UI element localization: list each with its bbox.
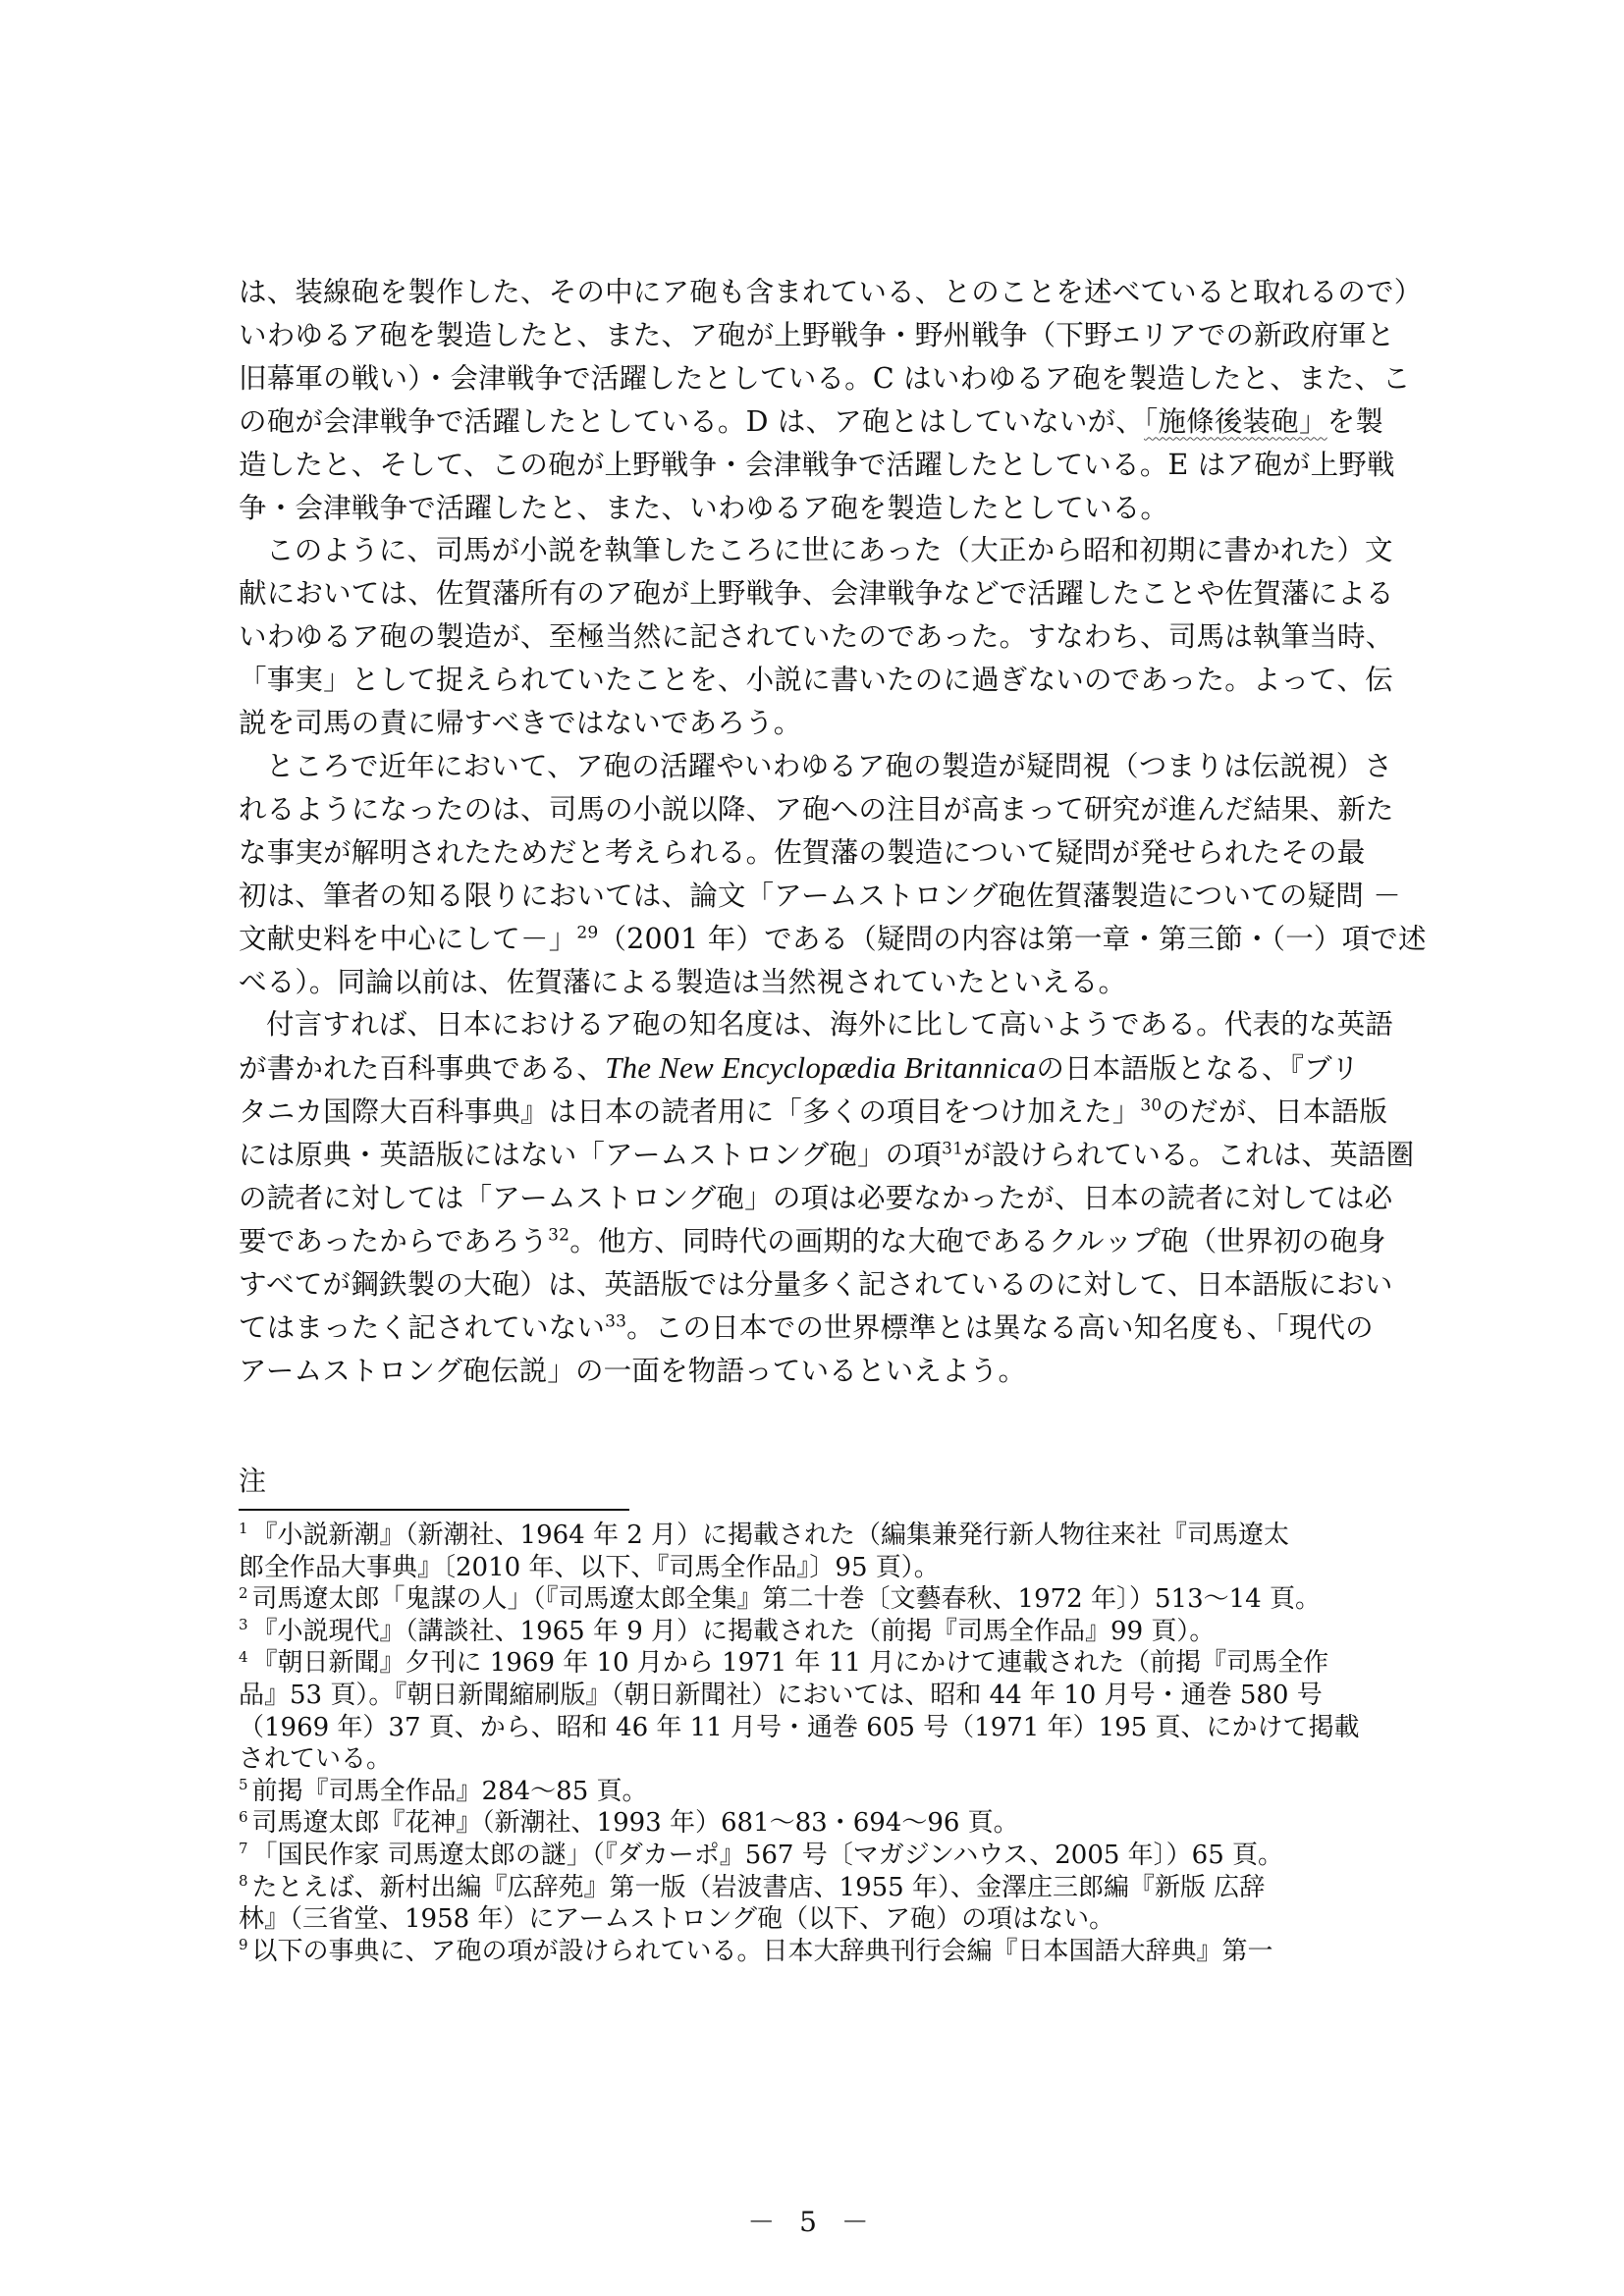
body-line: 争・会津戦争で活躍したと、また、いわゆるア砲を製造したとしている。 — [239, 487, 1387, 530]
body-line: な事実が解明されたためだと考えられる。佐賀藩の製造について疑問が発せられたその最 — [239, 831, 1387, 875]
paragraph-start: ところで近年において、ア砲の活躍やいわゆるア砲の製造が疑問視（つまりは伝説視）さ — [239, 745, 1387, 788]
body-line: の読者に対しては「アームストロング砲」の項は必要なかったが、日本の読者に対しては… — [239, 1177, 1387, 1220]
body-line: 献においては、佐賀藩所有のア砲が上野戦争、会津戦争などで活躍したことや佐賀藩によ… — [239, 572, 1387, 615]
body-line: が書かれた百科事典である、The New Encyclopædia Britan… — [239, 1046, 1387, 1091]
footnote-line: されている。 — [239, 1743, 1397, 1776]
body-line: 初は、筆者の知る限りにおいては、論文「アームストロング砲佐賀藩製造についての疑問… — [239, 875, 1387, 918]
body-line: タニカ国際大百科事典』は日本の読者用に「多くの項目をつけ加えた」30のだが、日本… — [239, 1091, 1387, 1134]
footnote-line: 郎全作品大事典』〔2010 年、以下、『司馬全作品』〕95 頁）。 — [239, 1552, 1397, 1584]
footnote-1: 1『小説新潮』（新潮社、1964 年 2 月）に掲載された（編集兼発行新人物往来… — [239, 1520, 1397, 1552]
body-line: てはまったく記されていない33。この日本での世界標準とは異なる高い知名度も、「現… — [239, 1307, 1387, 1350]
footnote-ref[interactable]: 29 — [576, 923, 598, 942]
underlined-term: 「施條後装砲」 — [1144, 405, 1327, 438]
footnote-ref[interactable]: 31 — [942, 1140, 963, 1159]
notes-heading: 注 — [239, 1460, 266, 1499]
body-line: べる）。同論以前は、佐賀藩による製造は当然視されていたといえる。 — [239, 961, 1387, 1004]
footnote-divider — [239, 1509, 629, 1511]
paragraph-start: このように、司馬が小説を執筆したころに世にあった（大正から昭和初期に書かれた）文 — [239, 529, 1387, 572]
body-text: は、装線砲を製作した、その中にア砲も含まれている、とのことを述べていると取れるの… — [239, 271, 1387, 1393]
body-line: アームストロング砲伝説」の一面を物語っているといえよう。 — [239, 1350, 1387, 1393]
body-line: れるようになったのは、司馬の小説以降、ア砲への注目が高まって研究が進んだ結果、新… — [239, 788, 1387, 831]
body-line: いわゆるア砲を製造したと、また、ア砲が上野戦争・野州戦争（下野エリアでの新政府軍… — [239, 314, 1387, 357]
footnote-2: 2司馬遼太郎「鬼謀の人」（『司馬遼太郎全集』第二十巻〔文藝春秋、1972 年〕）… — [239, 1583, 1397, 1616]
footnotes: 1『小説新潮』（新潮社、1964 年 2 月）に掲載された（編集兼発行新人物往来… — [239, 1520, 1397, 1967]
body-line: 「事実」として捉えられていたことを、小説に書いたのに過ぎないのであった。よって、… — [239, 659, 1387, 702]
footnote-6: 6司馬遼太郎『花神』（新潮社、1993 年）681～83・694～96 頁。 — [239, 1807, 1397, 1840]
footnote-9: 9以下の事典に、ア砲の項が設けられている。日本大辞典刊行会編『日本国語大辞典』第… — [239, 1936, 1397, 1968]
body-line: 要であったからであろう32。他方、同時代の画期的な大砲であるクルップ砲（世界初の… — [239, 1220, 1387, 1263]
footnote-3: 3『小説現代』（講談社、1965 年 9 月）に掲載された（前掲『司馬全作品』9… — [239, 1616, 1397, 1648]
body-line: の砲が会津戦争で活躍したとしている。D は、ア砲とはしていないが、「施條後装砲」… — [239, 400, 1387, 444]
footnote-5: 5前掲『司馬全作品』284～85 頁。 — [239, 1776, 1397, 1808]
body-line: すべてが鋼鉄製の大砲）は、英語版では分量多く記されているのに対して、日本語版にお… — [239, 1263, 1387, 1307]
footnote-4: 4『朝日新聞』夕刊に 1969 年 10 月から 1971 年 11 月にかけて… — [239, 1647, 1397, 1680]
body-line: 造したと、そして、この砲が上野戦争・会津戦争で活躍したとしている。E はア砲が上… — [239, 444, 1387, 487]
book-title: The New Encyclopædia Britannica — [605, 1050, 1036, 1085]
footnote-line: 品』53 頁）。『朝日新聞縮刷版』（朝日新聞社）においては、昭和 44 年 10… — [239, 1680, 1397, 1712]
body-line: 旧幕軍の戦い）・会津戦争で活躍したとしている。C はいわゆるア砲を製造したと、ま… — [239, 357, 1387, 400]
body-line: いわゆるア砲の製造が、至極当然に記されていたのであった。すなわち、司馬は執筆当時… — [239, 615, 1387, 659]
footnote-ref[interactable]: 30 — [1140, 1096, 1162, 1116]
body-line: 説を司馬の責に帰すべきではないであろう。 — [239, 702, 1387, 745]
footnote-7: 7「国民作家 司馬遼太郎の謎」（『ダカーポ』567 号〔マガジンハウス、2005… — [239, 1840, 1397, 1872]
footnote-line: （1969 年）37 頁、から、昭和 46 年 11 月号・通巻 605 号（1… — [239, 1712, 1397, 1744]
body-line: は、装線砲を製作した、その中にア砲も含まれている、とのことを述べていると取れるの… — [239, 271, 1387, 314]
page-number: － 5 － — [0, 2201, 1624, 2240]
footnote-ref[interactable]: 33 — [605, 1311, 626, 1331]
paragraph-start: 付言すれば、日本におけるア砲の知名度は、海外に比して高いようである。代表的な英語 — [239, 1003, 1387, 1046]
body-line: 文献史料を中心にして－」29（2001 年）である（疑問の内容は第一章・第三節・… — [239, 918, 1387, 961]
footnote-ref[interactable]: 32 — [548, 1225, 569, 1245]
footnote-line: 林』（三省堂、1958 年）にアームストロング砲（以下、ア砲）の項はない。 — [239, 1903, 1397, 1936]
body-line: には原典・英語版にはない「アームストロング砲」の項31が設けられている。これは、… — [239, 1134, 1387, 1177]
footnote-8: 8たとえば、新村出編『広辞苑』第一版（岩波書店、1955 年）、金澤庄三郎編『新… — [239, 1872, 1397, 1904]
